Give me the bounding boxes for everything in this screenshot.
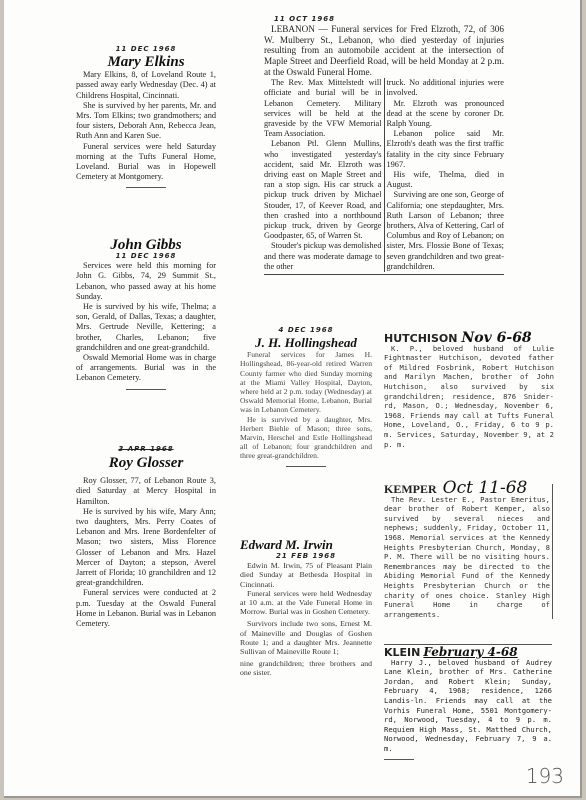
obituary-paragraph: Mary Elkins, 8, of Loveland Route 1, pas…	[76, 70, 216, 101]
obituary-paragraph: Funeral services were held Wednesday at …	[240, 589, 372, 617]
obituary-hutchison: HUTCHISON Nov 6-68 K. P., beloved husban…	[384, 334, 554, 449]
obituary-paragraph: Stouder's pickup was demolished and ther…	[264, 241, 382, 272]
obituary-paragraph: Surviving are one son, George of Califor…	[387, 190, 505, 272]
obituary-paragraph: nine grandchildren; three brothers and o…	[240, 659, 372, 677]
obituary-klein: KLEIN February 4-68 Harry J., beloved hu…	[384, 644, 552, 760]
obituary-lead: LEBANON — Funeral services for Fred Elzr…	[264, 24, 504, 77]
obituary-paragraph: Lebanon Ptl. Glenn Mullins, who investig…	[264, 139, 382, 241]
divider	[384, 759, 414, 760]
obituary-paragraph: Oswald Memorial Home was in charge of ar…	[76, 353, 216, 384]
column-2: truck. No additional injuries were invol…	[385, 78, 505, 272]
handwritten-date: Nov 6-68	[462, 334, 532, 344]
obituary-paragraph: Lebanon police said Mr. Elzroth's death …	[387, 129, 505, 170]
handwritten-date: 11 OCT 1968	[274, 14, 504, 24]
obituary-edward-irwin: Edward M. Irwin 21 FEB 1968 Edwin M. Irw…	[240, 538, 372, 678]
obituary-paragraph: Funeral services for James H. Hollingshe…	[240, 350, 372, 414]
obituary-roy-glosser: 3 APR 1968 Roy Glosser Roy Glosser, 77, …	[76, 444, 216, 629]
obituary-paragraph: Edwin M. Irwin, 75 of Pleasant Plain die…	[240, 561, 372, 589]
obituary-heading: HUTCHISON	[384, 334, 458, 344]
divider	[126, 389, 166, 390]
scrapbook-page: 11 DEC 1968 Mary Elkins Mary Elkins, 8, …	[4, 0, 582, 798]
obituary-paragraph: He is survived by his wife, Mary Ann; tw…	[76, 507, 216, 589]
handwritten-date: 3 APR 1968	[76, 444, 216, 454]
obituary-heading: Edward M. Irwin	[240, 538, 372, 552]
obituary-heading: KEMPER	[384, 485, 437, 495]
obituary-paragraph: The Rev. Lester E., Pastor Emeritus, dea…	[384, 495, 550, 620]
obituary-paragraph: Roy Glosser, 77, of Lebanon Route 3, die…	[76, 476, 216, 507]
obituary-paragraph: truck. No additional injuries were invol…	[387, 78, 505, 98]
divider	[126, 187, 166, 188]
handwritten-date: Oct 11-68	[443, 484, 528, 494]
obituary-paragraph: Funeral services were conducted at 2 p.m…	[76, 588, 216, 629]
obituary-paragraph: Survivors include two sons, Ernest M. of…	[240, 619, 372, 656]
obituary-heading: J. H. Hollingshead	[240, 335, 372, 350]
handwritten-date: 11 DEC 1968	[76, 44, 216, 54]
obituary-paragraph: She is survived by her parents, Mr. and …	[76, 101, 216, 142]
obituary-fred-elzroth: 11 OCT 1968 LEBANON — Funeral services f…	[264, 14, 504, 275]
obituary-paragraph: Funeral services were held Saturday morn…	[76, 142, 216, 183]
obituary-paragraph: K. P., beloved husband of Lulie Fightmas…	[384, 344, 554, 450]
obituary-paragraph: Mr. Elzroth was pronounced dead at the s…	[387, 99, 505, 130]
column-1: The Rev. Max Mittelstedt will officiate …	[264, 78, 385, 272]
obituary-kemper: KEMPER Oct 11-68 The Rev. Lester E., Pas…	[384, 484, 553, 619]
obituary-paragraph: Harry J., beloved husband of Audrey Lane…	[384, 658, 552, 754]
obituary-heading: KLEIN	[384, 648, 420, 658]
handwritten-date: 4 DEC 1968	[240, 326, 372, 335]
divider	[286, 466, 326, 467]
obituary-paragraph: His wife, Thelma, died in August.	[387, 170, 505, 190]
handwritten-date: February 4-68	[423, 648, 517, 658]
obituary-mary-elkins: 11 DEC 1968 Mary Elkins Mary Elkins, 8, …	[76, 44, 216, 188]
handwritten-date: 21 FEB 1968	[240, 552, 372, 561]
obituary-paragraph: Services were held this morning for John…	[76, 261, 216, 302]
obituary-heading: Mary Elkins	[76, 54, 216, 70]
obituary-hollingshead: 4 DEC 1968 J. H. Hollingshead Funeral se…	[240, 326, 372, 467]
obituary-paragraph: He is survived by a daughter, Mrs. Herbe…	[240, 415, 372, 461]
obituary-paragraph: The Rev. Max Mittelstedt will officiate …	[264, 78, 382, 139]
page-number: 193	[526, 764, 564, 788]
obituary-heading: Roy Glosser	[76, 454, 216, 472]
handwritten-date: 11 DEC 1968	[76, 251, 216, 261]
obituary-john-gibbs: John Gibbs 11 DEC 1968 Services were hel…	[76, 238, 216, 390]
obituary-paragraph: He is survived by his wife, Thelma; a so…	[76, 302, 216, 353]
